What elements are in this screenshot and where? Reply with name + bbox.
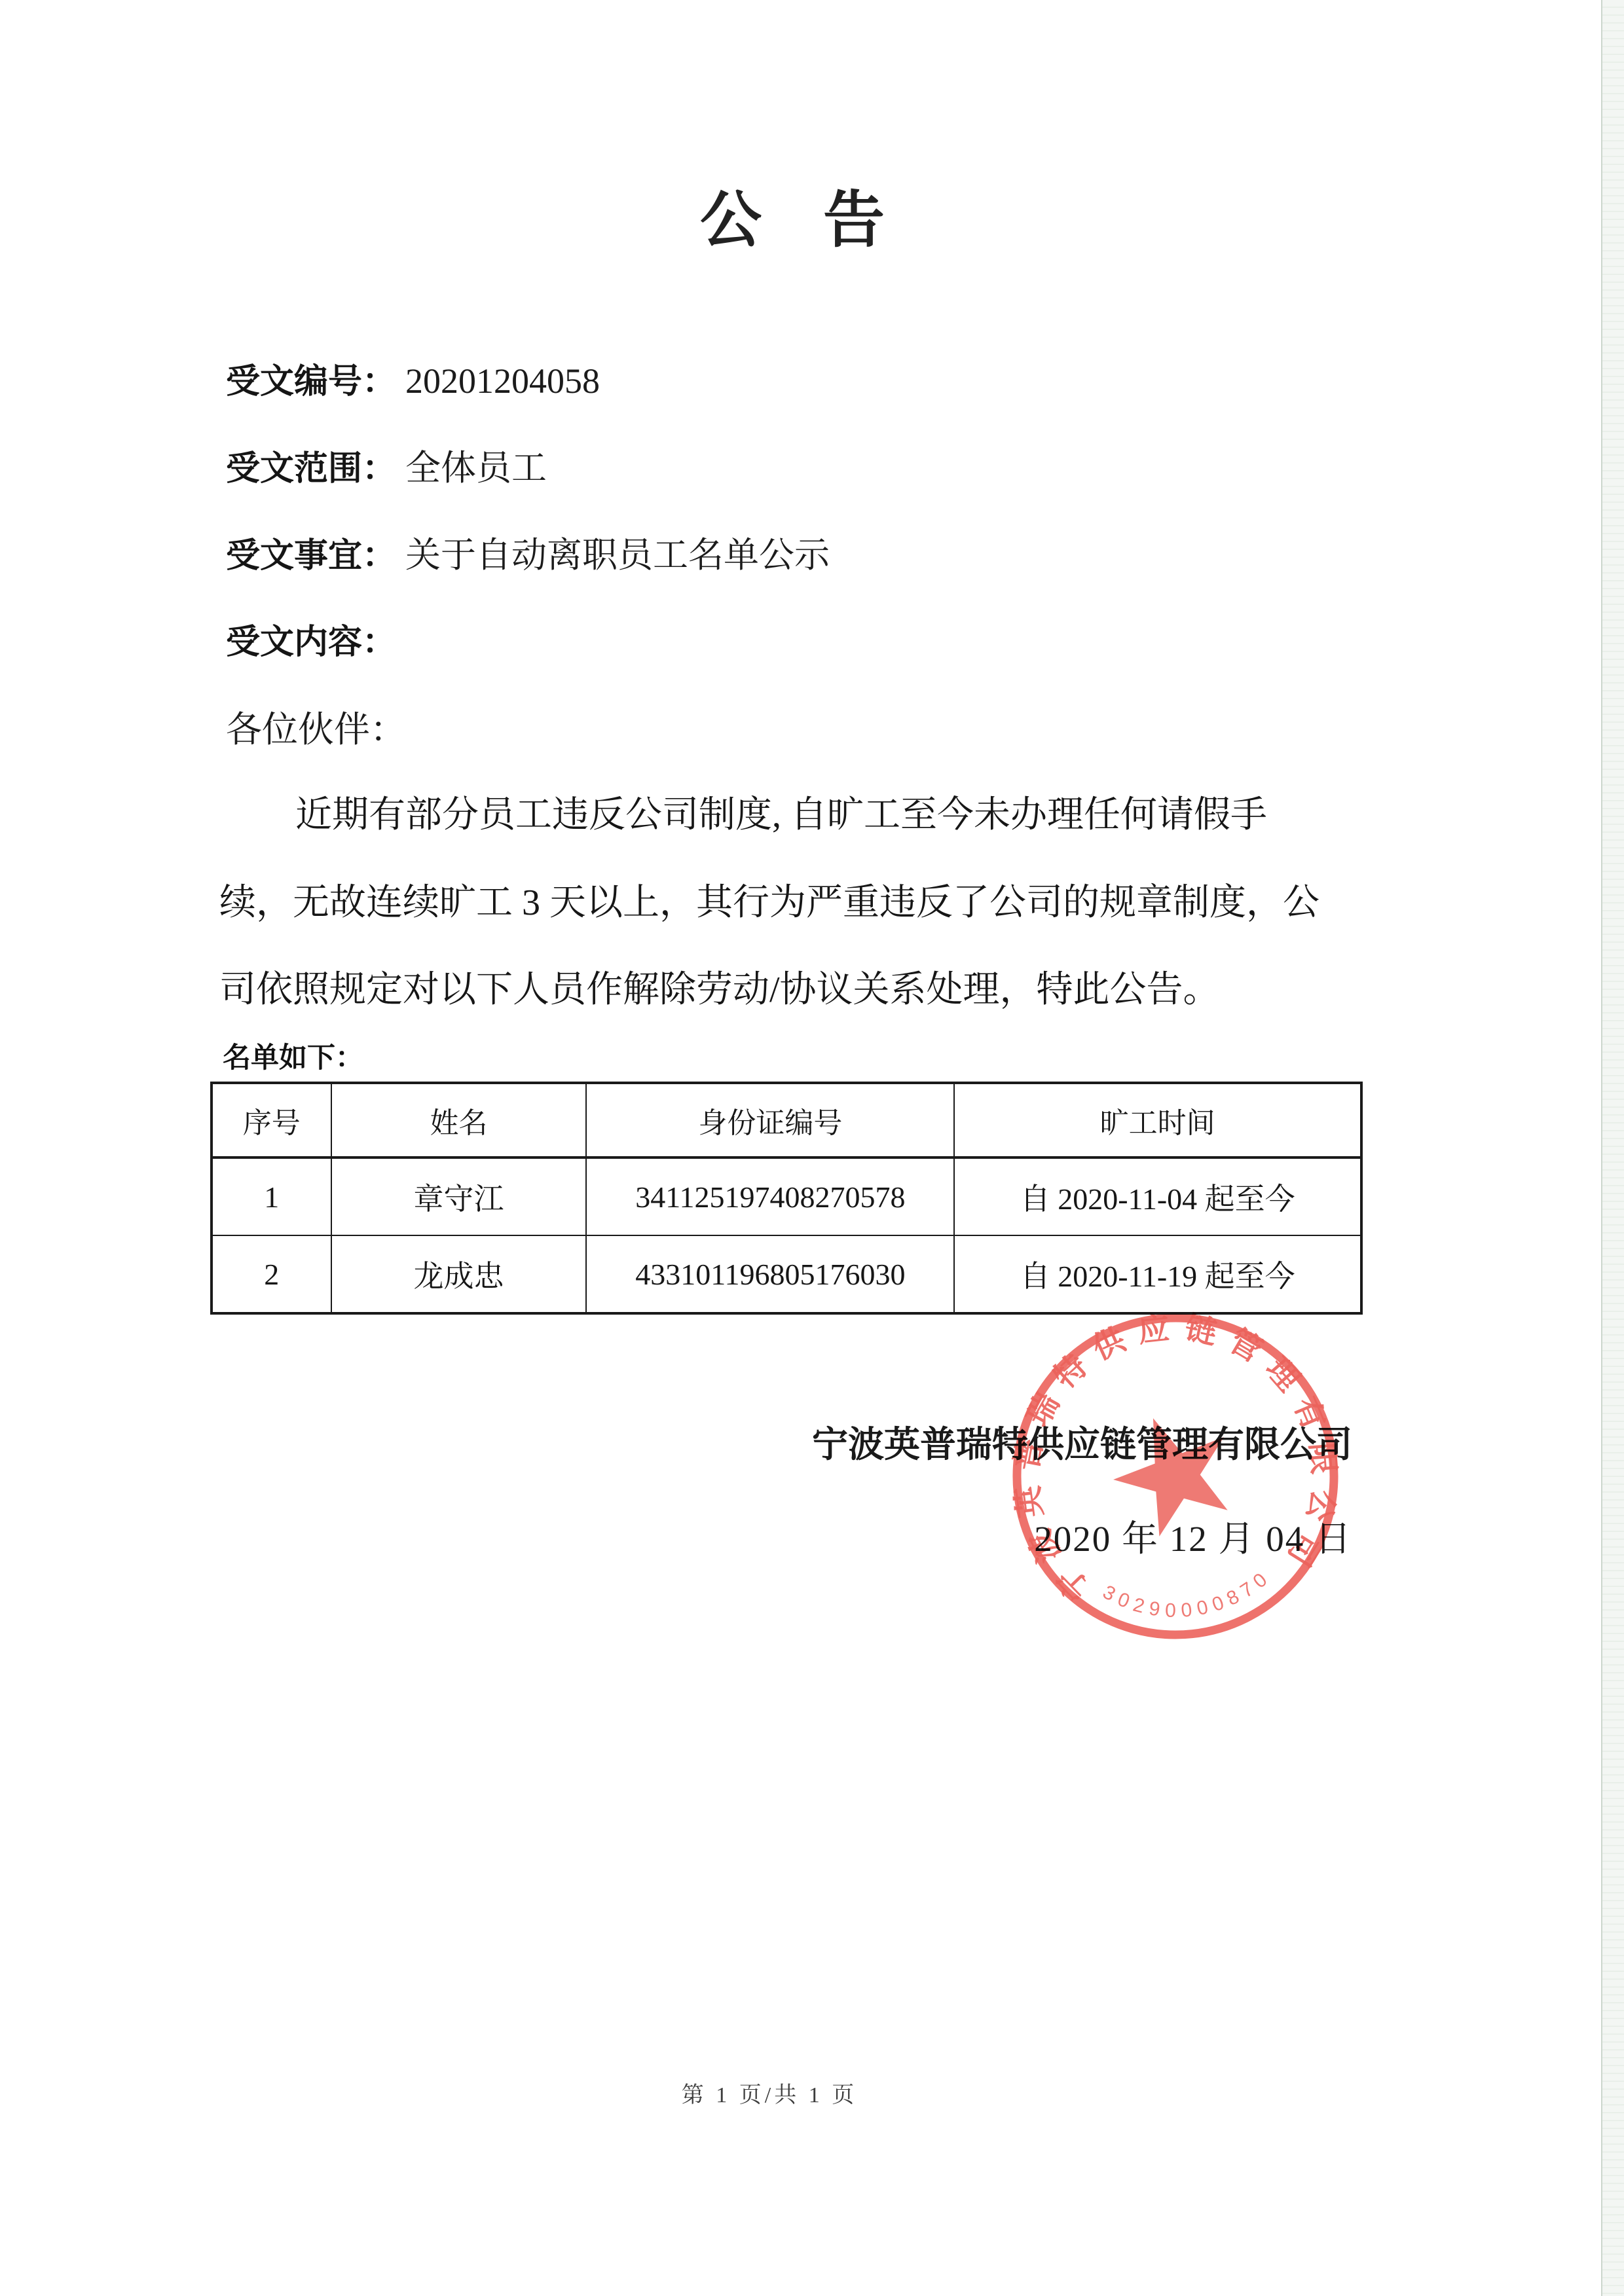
meta-line-subject: 受文事宜：关于自动离职员工名单公示	[226, 527, 830, 577]
meta-label: 受文编号：	[226, 363, 396, 401]
page-title: 公 告	[216, 170, 1369, 259]
salutation: 各位伙伴：	[226, 701, 406, 752]
scanned-notice-page: 公 告 受文编号：20201204058 受文范围：全体员工 受文事宜：关于自动…	[0, 0, 1624, 2296]
scan-edge-artifact	[1601, 0, 1624, 2296]
table-row: 1 章守江 341125197408270578 自 2020-11-04 起至…	[212, 1157, 1361, 1235]
meta-value: 关于自动离职员工名单公示	[396, 536, 830, 575]
employee-table: 序号 姓名 身份证编号 旷工时间 1 章守江 34112519740827057…	[210, 1082, 1363, 1315]
cell-absence-period: 自 2020-11-04 起至今	[954, 1157, 1361, 1235]
paragraph-line: 司依照规定对以下人员作解除劳动/协议关系处理，特此公告。	[219, 960, 1385, 1013]
cell-id-number: 433101196805176030	[586, 1235, 954, 1313]
header-cell-id-number: 身份证编号	[586, 1083, 954, 1157]
table-row: 2 龙成忠 433101196805176030 自 2020-11-19 起至…	[212, 1235, 1361, 1313]
cell-id-number: 341125197408270578	[586, 1157, 954, 1235]
meta-line-doc-number: 受文编号：20201204058	[226, 354, 600, 403]
paragraph-line: 续，无故连续旷工 3 天以上，其行为严重违反了公司的规章制度，公	[219, 873, 1385, 926]
header-cell-absence-period: 旷工时间	[954, 1083, 1361, 1157]
meta-line-content: 受文内容：	[226, 614, 405, 663]
meta-label: 受文范围：	[226, 450, 396, 488]
meta-value: 全体员工	[396, 448, 547, 488]
meta-label: 受文事宜：	[226, 537, 396, 575]
cell-name: 章守江	[331, 1157, 587, 1235]
table-header-row: 序号 姓名 身份证编号 旷工时间	[212, 1083, 1361, 1157]
cell-index: 1	[212, 1157, 331, 1235]
page-footer: 第 1 页/共 1 页	[0, 2077, 1539, 2109]
header-cell-index: 序号	[212, 1083, 331, 1157]
paragraph-line: 近期有部分员工违反公司制度, 自旷工至今未办理任何请假手	[219, 786, 1461, 838]
company-seal-stamp: 宁波英普瑞特供应链管理有限公司 3302900008708	[988, 1289, 1363, 1664]
header-cell-name: 姓名	[331, 1083, 587, 1157]
meta-label: 受文内容：	[226, 623, 396, 661]
meta-value	[396, 622, 405, 661]
star-icon	[1098, 1397, 1249, 1544]
cell-name: 龙成忠	[331, 1235, 587, 1313]
cell-index: 2	[212, 1235, 331, 1313]
meta-line-scope: 受文范围：全体员工	[226, 440, 547, 490]
list-intro: 名单如下：	[223, 1036, 363, 1076]
meta-value: 20201204058	[396, 361, 600, 401]
